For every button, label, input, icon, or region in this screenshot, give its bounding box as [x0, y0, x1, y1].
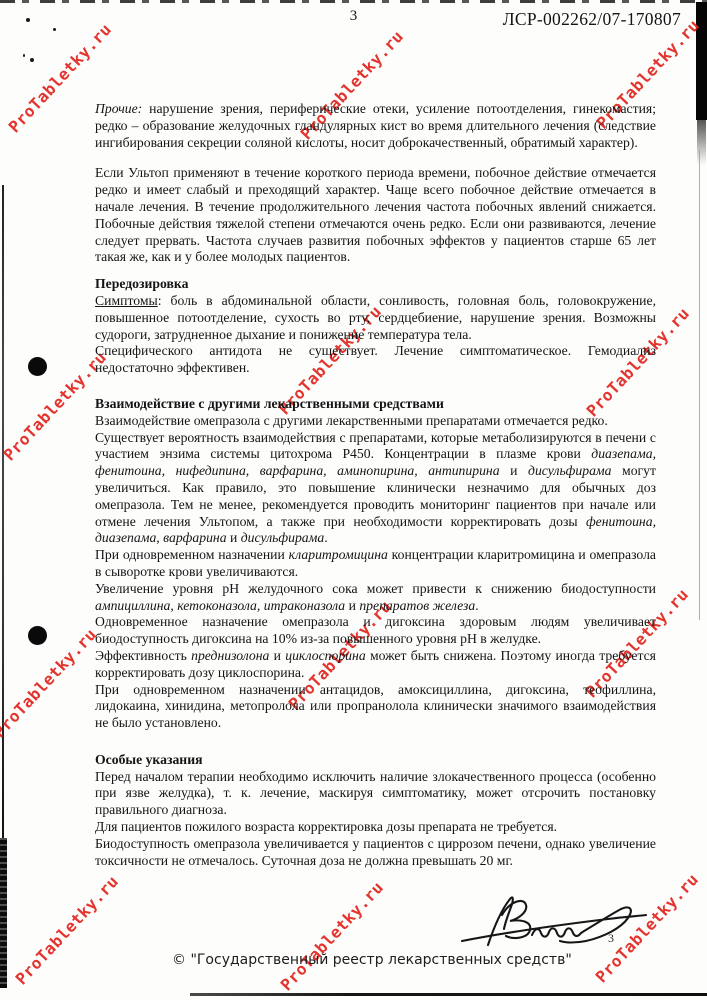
text-segment: дисульфирама — [241, 530, 324, 545]
hole-punch-dot — [28, 626, 47, 645]
signature-image — [458, 893, 650, 953]
paragraph: Для пациентов пожилого возраста корректи… — [95, 819, 656, 836]
text-segment: нарушение зрения, периферические отеки, … — [95, 101, 656, 150]
paragraph: Биодоступность омепразола увеличивается … — [95, 836, 656, 870]
text-segment: Эффективность — [95, 648, 191, 663]
watermark: ProTabletky.ru — [0, 625, 100, 742]
text-segment: Биодоступность омепразола увеличивается … — [95, 836, 656, 868]
watermark: ProTabletky.ru — [12, 872, 123, 989]
scan-bottom-rule — [190, 993, 707, 996]
document-registration-number: ЛСР-002262/07-170807 — [503, 9, 681, 30]
text-segment: . — [324, 530, 327, 545]
text-segment: Перед началом терапии необходимо исключи… — [95, 769, 656, 818]
watermark: ProTabletky.ru — [0, 348, 110, 465]
watermark: ProTabletky.ru — [277, 878, 388, 995]
text-segment: Одновременное назначение омепразола и ди… — [95, 614, 656, 646]
scan-speck — [30, 58, 34, 62]
paragraph: Прочие: нарушение зрения, периферические… — [95, 101, 656, 151]
footer-credit: © "Государственный реестр лекарственных … — [172, 952, 572, 968]
text-segment: дисульфирама — [528, 463, 611, 478]
paragraph: При одновременном назначении антацидов, … — [95, 682, 656, 732]
text-segment: и — [227, 530, 241, 545]
section-heading: Передозировка — [95, 276, 656, 293]
text-segment: и — [345, 598, 359, 613]
paragraph: Существует вероятность взаимодействия с … — [95, 430, 656, 548]
paragraph: Перед началом терапии необходимо исключи… — [95, 769, 656, 819]
paragraph: Симптомы: боль в абдоминальной области, … — [95, 293, 656, 343]
text-segment: преднизолона — [191, 648, 269, 663]
text-segment: Передозировка — [95, 276, 188, 291]
section-heading: Взаимодействие с другими лекарственными … — [95, 396, 656, 413]
paragraph: Эффективность преднизолона и циклоспорин… — [95, 648, 656, 682]
text-segment: Взаимодействие с другими лекарственными … — [95, 396, 444, 411]
scan-right-edge-line — [699, 150, 700, 620]
text-segment: Для пациентов пожилого возраста корректи… — [95, 819, 557, 834]
text-segment: : боль в абдоминальной области, сонливос… — [95, 293, 656, 342]
scan-speck — [53, 28, 56, 31]
text-segment: Существует вероятность взаимодействия с … — [95, 430, 656, 462]
text-segment: Прочие: — [95, 101, 142, 116]
text-segment: Специфического антидота не существует. Л… — [95, 343, 656, 375]
page-number-bottom: 3 — [608, 931, 614, 946]
text-segment: ампициллина, кетоконазола, итраконазола — [95, 598, 345, 613]
text-segment: и — [500, 463, 528, 478]
paragraph: Увеличение уровня рН желудочного сока мо… — [95, 581, 656, 615]
paragraph: Если Ультоп применяют в течение коротког… — [95, 165, 656, 266]
text-segment: Взаимодействие омепразола с другими лека… — [95, 413, 608, 428]
paragraph: При одновременном назначении кларитромиц… — [95, 547, 656, 581]
text-segment: Если Ультоп применяют в течение коротког… — [95, 165, 656, 264]
text-segment: циклоспорина — [285, 648, 365, 663]
text-segment: При одновременном назначении антацидов, … — [95, 682, 656, 731]
text-segment: Симптомы — [95, 293, 158, 308]
text-segment: кларитромицина — [289, 547, 388, 562]
text-segment: Особые указания — [95, 752, 202, 767]
hole-punch-dot — [28, 357, 47, 376]
scan-top-edge-artifact — [0, 0, 707, 3]
scanned-document-page: ProTabletky.ru ProTabletky.ru ProTabletk… — [0, 0, 707, 1000]
text-segment: препаратов железа — [359, 598, 475, 613]
text-segment: При одновременном назначении — [95, 547, 289, 562]
text-segment: Увеличение уровня рН желудочного сока мо… — [95, 581, 656, 596]
section-heading: Особые указания — [95, 752, 656, 769]
document-body: Прочие: нарушение зрения, периферические… — [95, 101, 656, 869]
paragraph: Взаимодействие омепразола с другими лека… — [95, 413, 656, 430]
paragraph: Одновременное назначение омепразола и ди… — [95, 614, 656, 648]
scan-speck — [23, 54, 25, 57]
scan-left-bottom-artifact — [0, 838, 7, 988]
text-segment: и — [269, 648, 285, 663]
paragraph: Специфического антидота не существует. Л… — [95, 343, 656, 377]
text-segment: . — [475, 598, 478, 613]
